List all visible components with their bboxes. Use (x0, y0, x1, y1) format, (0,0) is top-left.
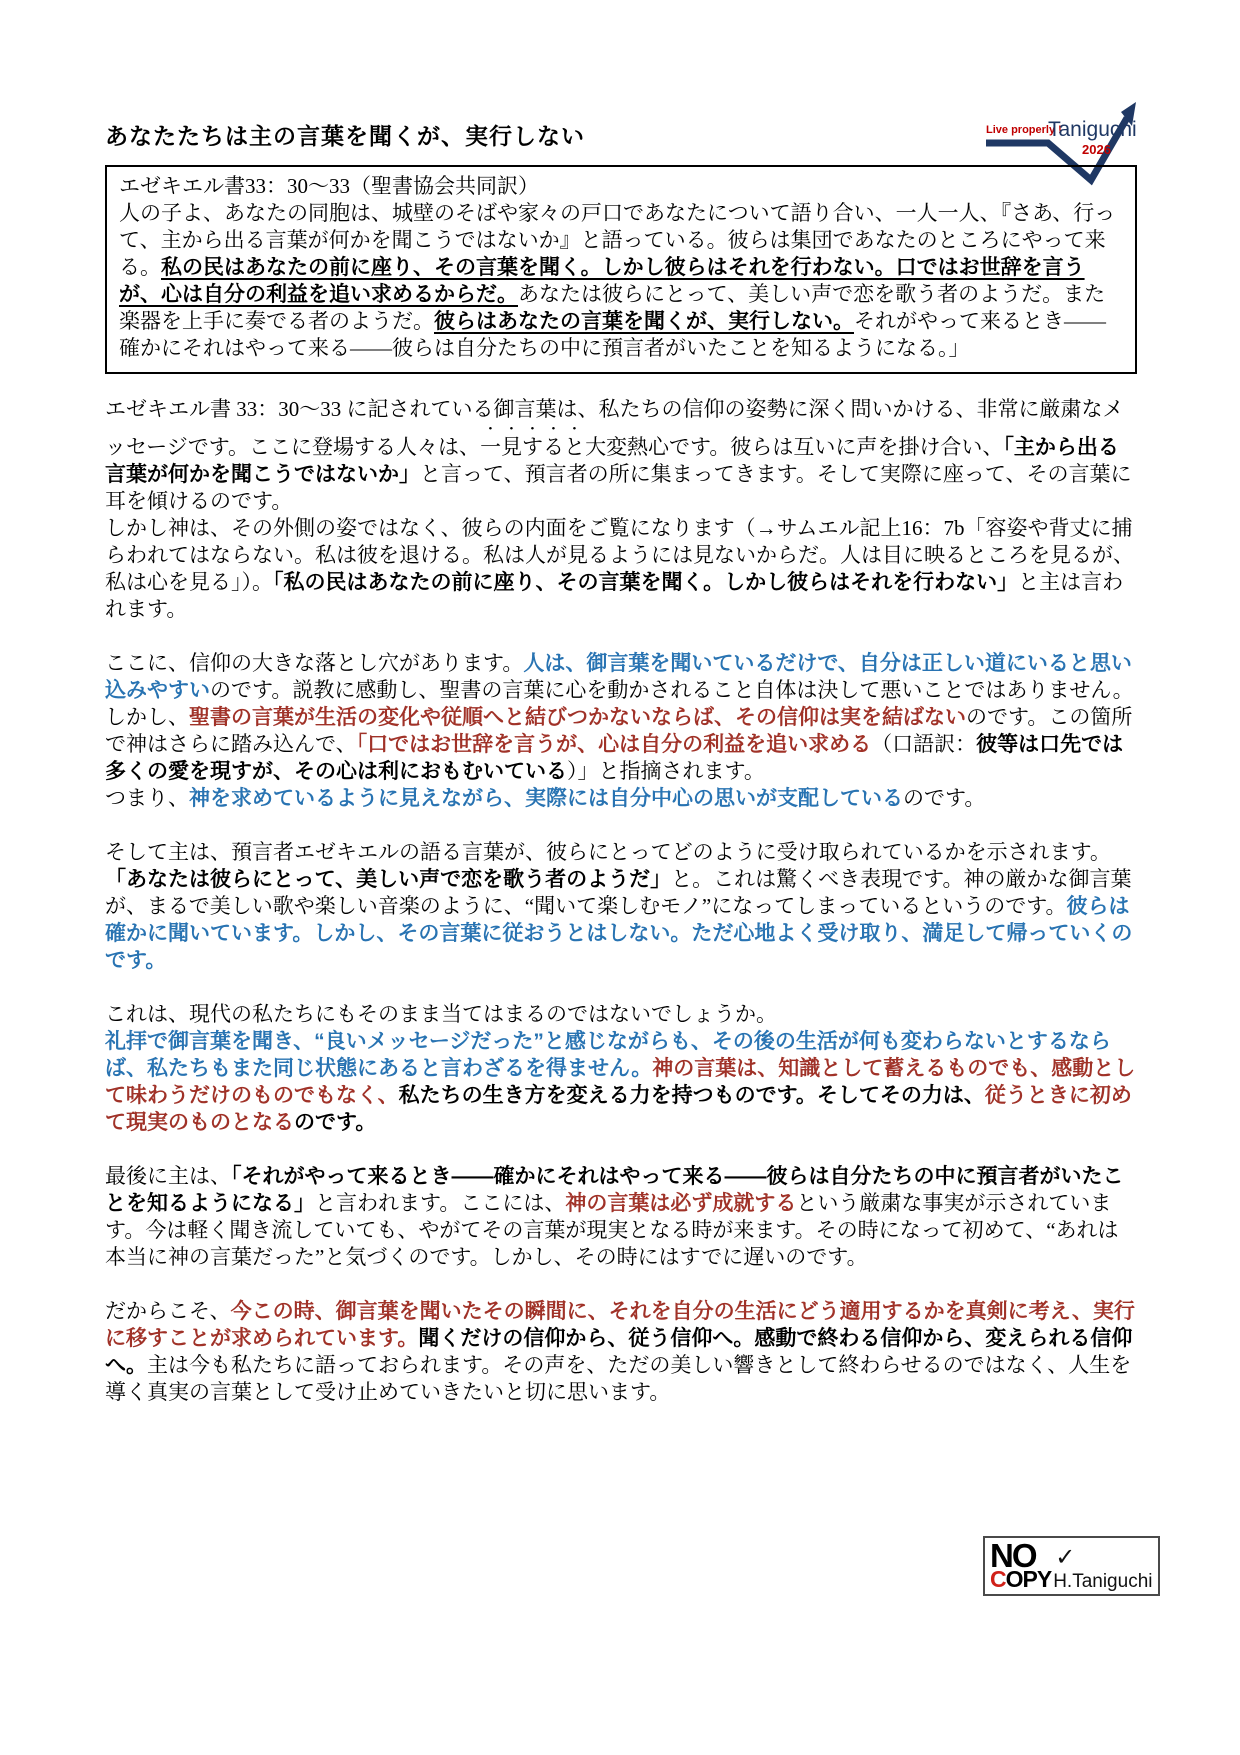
text-run-normal: これは、現代の私たちにもそのまま当てはまるのではないでしょうか。 (105, 1002, 777, 1026)
page-title: あなたたちは主の言葉を聞くが、実行しない (105, 118, 1137, 151)
body-paragraph: これは、現代の私たちにもそのまま当てはまるのではないでしょうか。 (105, 1001, 1137, 1028)
body-paragraph: そして主は、預言者エゼキエルの語る言葉が、彼らにとってどのように受け取られている… (105, 839, 1137, 974)
stamp-copy-rest: OPY (1006, 1566, 1052, 1592)
text-run-normal: 主は今も私たちに語っておられます。その声を、ただの美しい響きとして終わらせるので… (105, 1353, 1131, 1404)
no-copy-stamp: NO ✓ COPY H.Taniguchi (983, 1536, 1160, 1596)
document-page: { "page": { "title": "あなたたちは主の言葉を聞くが、実行し… (0, 0, 1240, 1755)
text-run-bold: 「私の民はあなたの前に座り、その言葉を聞く。しかし彼らはそれを行わない」 (273, 571, 1018, 594)
body-paragraph: エゼキエル書 33：30～33 に記されている御言葉は、私たちの信仰の姿勢に深く… (105, 396, 1137, 515)
body-paragraph: ここに、信仰の大きな落とし穴があります。人は、御言葉を聞いているだけで、自分は正… (105, 650, 1137, 785)
text-run-normal: 最後に主は、 (105, 1164, 231, 1188)
sermon-body: エゼキエル書 33：30～33 に記されている御言葉は、私たちの信仰の姿勢に深く… (105, 396, 1137, 1406)
text-run-bold: のです。 (294, 1111, 376, 1134)
body-paragraph: しかし神は、その外側の姿ではなく、彼らの内面をご覧になります（→サムエル記上16… (105, 515, 1137, 623)
body-paragraph: 最後に主は、「それがやって来るとき——確かにそれはやって来る——彼らは自分たちの… (105, 1163, 1137, 1271)
text-run-dots: 一見すると (480, 435, 585, 459)
body-paragraph: だからこそ、今この時、御言葉を聞いたその瞬間に、それを自分の生活にどう適用するか… (105, 1298, 1137, 1406)
text-run-normal: のです。 (903, 786, 985, 810)
text-run-normal: つまり、 (105, 786, 189, 810)
scripture-text: 人の子よ、あなたの同胞は、城壁のそばや家々の戸口であなたについて語り合い、一人一… (119, 200, 1123, 362)
text-run-normal: と言われます。ここには、 (315, 1191, 565, 1215)
body-paragraph: つまり、神を求めているように見えながら、実際には自分中心の思いが支配しているので… (105, 785, 1137, 812)
text-run-normal: ここに、信仰の大きな落とし穴があります。 (105, 651, 523, 675)
text-run-boldunderline: 彼らはあなたの言葉を聞くが、実行しない。 (434, 310, 854, 333)
scripture-reference: エゼキエル書33：30～33（聖書協会共同訳） (119, 173, 1123, 200)
stamp-copy-text: COPY (990, 1568, 1051, 1591)
text-run-normal: 大変熱心です。彼らは互いに声を掛け合い、 (585, 435, 1003, 459)
document-content: あなたたちは主の言葉を聞くが、実行しない エゼキエル書33：30～33（聖書協会… (105, 118, 1137, 1406)
scripture-quote-box: エゼキエル書33：30～33（聖書協会共同訳） 人の子よ、あなたの同胞は、城壁の… (105, 165, 1137, 374)
stamp-author-name: H.Taniguchi (1053, 1572, 1152, 1591)
body-paragraph: 礼拝で御言葉を聞き、“良いメッセージだった”と感じながらも、その後の生活が何も変… (105, 1028, 1137, 1136)
text-run-red: 聖書の言葉が生活の変化や従順へと結びつかないならば、その信仰は実を結ばない (189, 706, 966, 729)
text-run-bold: 「あなたは彼らにとって、美しい声で恋を歌う者のようだ」 (105, 868, 671, 891)
text-run-normal: だからこそ、 (105, 1299, 231, 1323)
text-run-red: 神の言葉は必ず成就する (565, 1192, 796, 1215)
text-run-bold: 私たちの生き方を変える力を持つものです。そしてその力は、 (399, 1084, 985, 1107)
text-run-normal: ）」と指摘されます。 (567, 759, 765, 783)
text-run-red: 「口ではお世辞を言うが、心は自分の利益を追い求める (357, 733, 872, 756)
text-run-normal: （口語訳： (871, 732, 976, 756)
text-run-blue: 神を求めているように見えながら、実際には自分中心の思いが支配している (189, 787, 903, 810)
checkmark-icon: ✓ (1053, 1546, 1152, 1570)
text-run-normal: そして主は、預言者エゼキエルの語る言葉が、彼らにとってどのように受け取られている… (105, 840, 1111, 864)
stamp-copy-c: C (990, 1566, 1006, 1592)
